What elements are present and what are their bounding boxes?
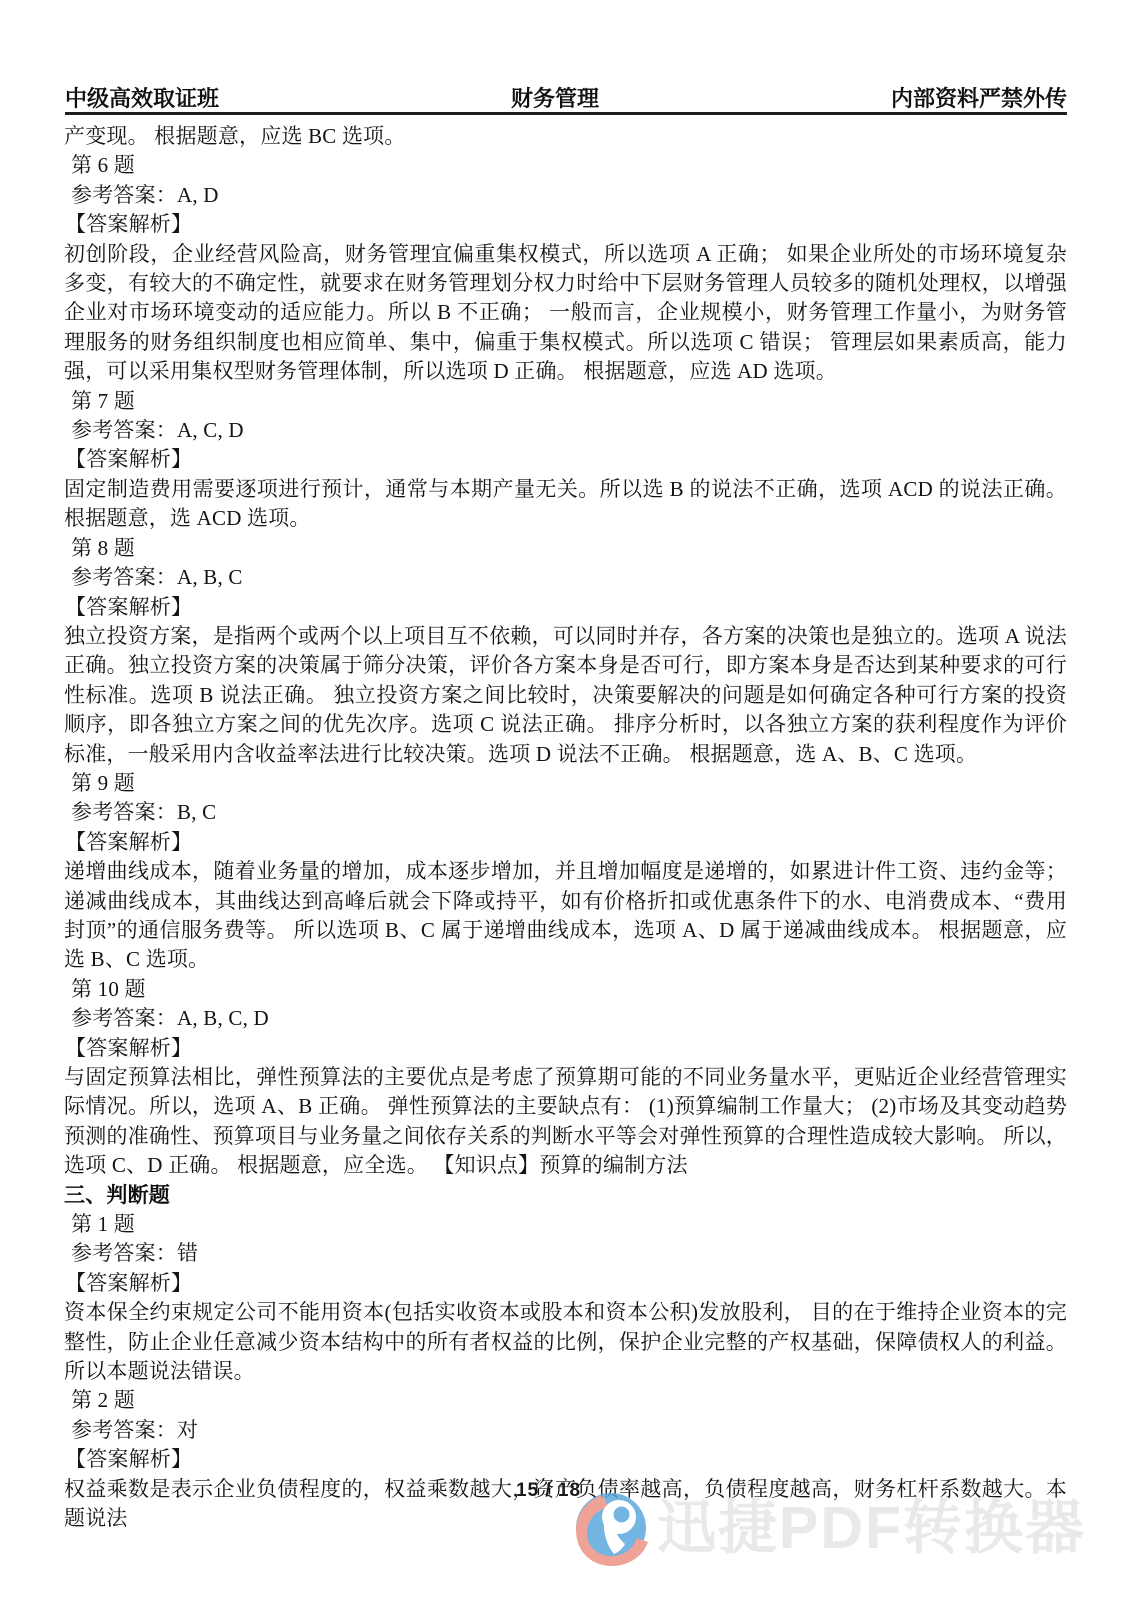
- question-number: 第 1 题: [64, 1210, 1067, 1239]
- reference-answer: 参考答案：A, B, C: [64, 563, 1067, 592]
- reference-answer: 参考答案：A, C, D: [64, 416, 1067, 445]
- header-course-title: 中级高效取证班: [65, 82, 219, 113]
- question-number: 第 8 题: [64, 534, 1067, 563]
- analysis-paragraph: 初创阶段，企业经营风险高，财务管理宜偏重集权模式，所以选项 A 正确； 如果企业…: [64, 240, 1067, 387]
- document-page: 中级高效取证班 财务管理 内部资料严禁外传 产变现。 根据题意，应选 BC 选项…: [0, 0, 1131, 1600]
- question-number: 第 2 题: [64, 1386, 1067, 1415]
- analysis-paragraph: 独立投资方案，是指两个或两个以上项目互不依赖，可以同时并存，各方案的决策也是独立…: [64, 622, 1067, 769]
- question-number: 第 10 题: [64, 975, 1067, 1004]
- analysis-paragraph: 资本保全约束规定公司不能用资本(包括实收资本或股本和资本公积)发放股利， 目的在…: [64, 1298, 1067, 1386]
- analysis-label: 【答案解析】: [64, 210, 1067, 239]
- watermark: 迅捷PDF转换器: [573, 1490, 1086, 1566]
- question-number: 第 6 题: [64, 151, 1067, 180]
- analysis-paragraph: 与固定预算法相比，弹性预算法的主要优点是考虑了预算期可能的不同业务量水平，更贴近…: [64, 1063, 1067, 1181]
- watermark-text: 迅捷PDF转换器: [657, 1490, 1086, 1566]
- analysis-paragraph: 递增曲线成本，随着业务量的增加，成本逐步增加，并且增加幅度是递增的，如累进计件工…: [64, 857, 1067, 975]
- analysis-label: 【答案解析】: [64, 1269, 1067, 1298]
- document-body: 产变现。 根据题意，应选 BC 选项。 第 6 题 参考答案：A, D 【答案解…: [64, 122, 1067, 1534]
- header-divider: [65, 112, 1067, 115]
- body-text-line: 产变现。 根据题意，应选 BC 选项。: [64, 122, 1067, 151]
- analysis-label: 【答案解析】: [64, 1034, 1067, 1063]
- reference-answer: 参考答案：A, B, C, D: [64, 1004, 1067, 1033]
- reference-answer: 参考答案：错: [64, 1239, 1067, 1268]
- section-heading-judgment: 三、判断题: [64, 1181, 1067, 1210]
- page-header: 中级高效取证班 财务管理 内部资料严禁外传: [65, 82, 1067, 113]
- reference-answer: 参考答案：A, D: [64, 181, 1067, 210]
- reference-answer: 参考答案：对: [64, 1416, 1067, 1445]
- analysis-paragraph: 固定制造费用需要逐项进行预计，通常与本期产量无关。所以选 B 的说法不正确，选项…: [64, 475, 1067, 534]
- pdf-converter-logo-icon: [573, 1490, 649, 1566]
- analysis-label: 【答案解析】: [64, 593, 1067, 622]
- analysis-label: 【答案解析】: [64, 828, 1067, 857]
- reference-answer: 参考答案：B, C: [64, 798, 1067, 827]
- header-confidential-notice: 内部资料严禁外传: [891, 82, 1067, 113]
- question-number: 第 9 题: [64, 769, 1067, 798]
- question-number: 第 7 题: [64, 387, 1067, 416]
- analysis-label: 【答案解析】: [64, 1445, 1067, 1474]
- header-subject-title: 财务管理: [511, 82, 599, 113]
- analysis-label: 【答案解析】: [64, 445, 1067, 474]
